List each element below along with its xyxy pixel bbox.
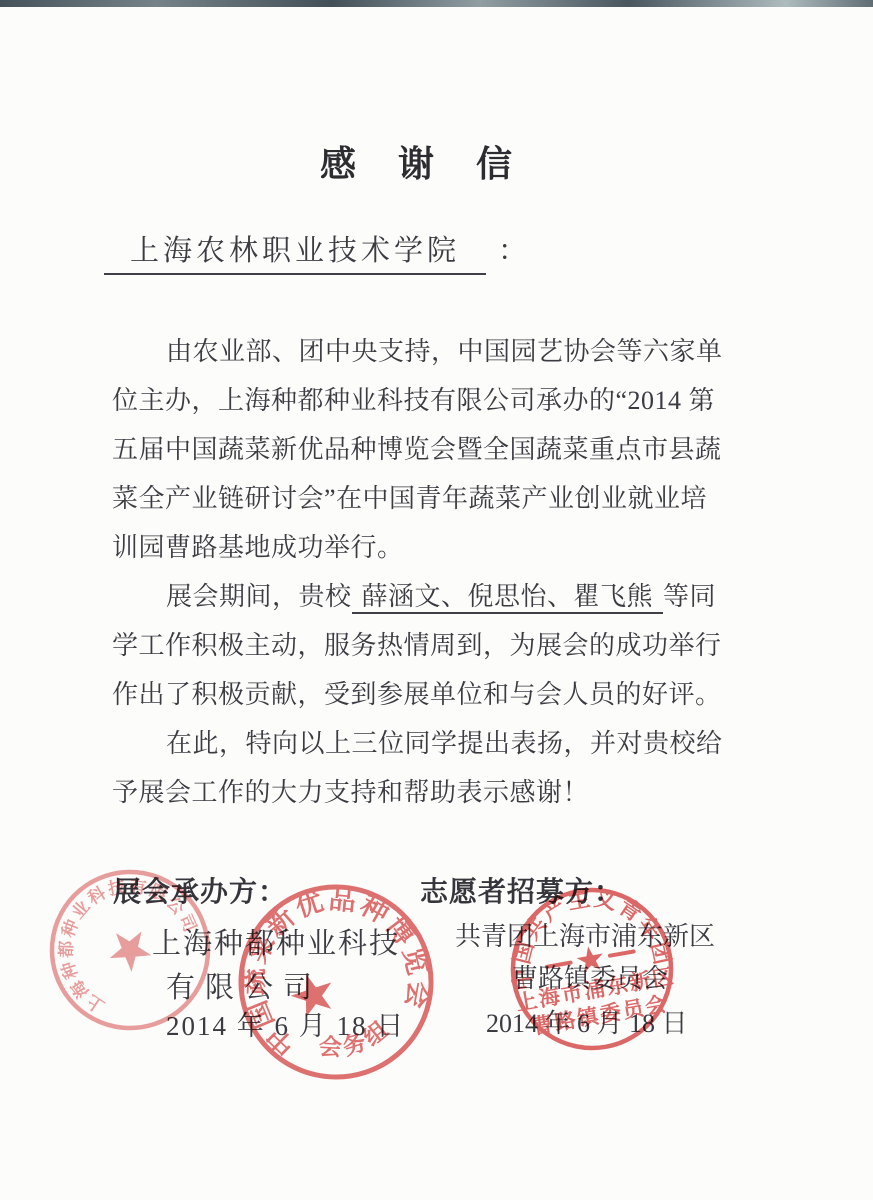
organizer-label: 展会承办方：	[113, 870, 287, 910]
body-text: 五届中国蔬菜新优品种博览会暨全国蔬菜重点市县蔬	[112, 435, 722, 464]
letter-line: 由农业部、团中央支持，中国园艺协会等六家单	[112, 327, 724, 376]
body-text: 学工作积极主动，服务热情周到，为展会的成功举行	[112, 631, 722, 660]
recruiter-date: 2014 年 6 月 18 日	[486, 1003, 688, 1040]
letter-line: 学工作积极主动，服务热情周到，为展会的成功举行	[112, 621, 724, 670]
letter-line: 五届中国蔬菜新优品种博览会暨全国蔬菜重点市县蔬	[112, 425, 724, 474]
scanner-edge-artifact	[0, 0, 873, 7]
letter-title: 感谢信	[320, 136, 554, 187]
body-text: 作出了积极贡献，受到参展单位和与会人员的好评。	[112, 680, 722, 709]
recruiter-org-line2: 曹路镇委员会	[512, 958, 668, 995]
body-text: 训园曹路基地成功举行。	[112, 533, 404, 562]
body-text: 菜全产业链研讨会”在中国青年蔬菜产业创业就业培	[112, 484, 707, 513]
letter-line: 在此，特向以上三位同学提出表扬，并对贵校给	[112, 719, 724, 768]
addressee-line: 上海农林职业技术学院：	[104, 228, 527, 275]
addressee-colon: ：	[498, 235, 527, 267]
body-text: 位主办，上海种都种业科技有限公司承办的“2014 第	[112, 386, 715, 415]
letter-line: 予展会工作的大力支持和帮助表示感谢！	[112, 768, 724, 817]
body-text: 展会期间，贵校	[166, 582, 352, 611]
body-text: 在此，特向以上三位同学提出表扬，并对贵校给	[166, 729, 723, 758]
body-text: 予展会工作的大力支持和帮助表示感谢！	[112, 778, 589, 807]
organizer-org-line2: 有限公司	[166, 965, 322, 1006]
body-text: 等同	[663, 582, 716, 611]
letter-line: 作出了积极贡献，受到参展单位和与会人员的好评。	[112, 670, 724, 719]
letter-line: 展会期间，贵校薛涵文、倪思怡、瞿飞熊等同	[112, 572, 724, 621]
recruiter-label: 志愿者招募方：	[420, 870, 623, 910]
student-names-underlined: 薛涵文、倪思怡、瞿飞熊	[352, 582, 664, 614]
body-text: 由农业部、团中央支持，中国园艺协会等六家单	[166, 337, 723, 366]
letter-line: 菜全产业链研讨会”在中国青年蔬菜产业创业就业培	[112, 474, 724, 523]
letter-body: 由农业部、团中央支持，中国园艺协会等六家单位主办，上海种都种业科技有限公司承办的…	[112, 327, 724, 817]
star-icon	[100, 920, 157, 977]
organizer-date: 2014 年 6 月 18 日	[166, 1004, 405, 1043]
letter-line: 训园曹路基地成功举行。	[112, 523, 724, 572]
organizer-org-line1: 上海种都种业科技	[152, 921, 400, 962]
recruiter-org-line1: 共青团上海市浦东新区	[455, 916, 715, 953]
letter-line: 位主办，上海种都种业科技有限公司承办的“2014 第	[112, 376, 724, 425]
addressee-name: 上海农林职业技术学院	[104, 228, 486, 275]
scanned-letter-page: 感谢信 上海农林职业技术学院： 由农业部、团中央支持，中国园艺协会等六家单位主办…	[0, 0, 873, 1200]
